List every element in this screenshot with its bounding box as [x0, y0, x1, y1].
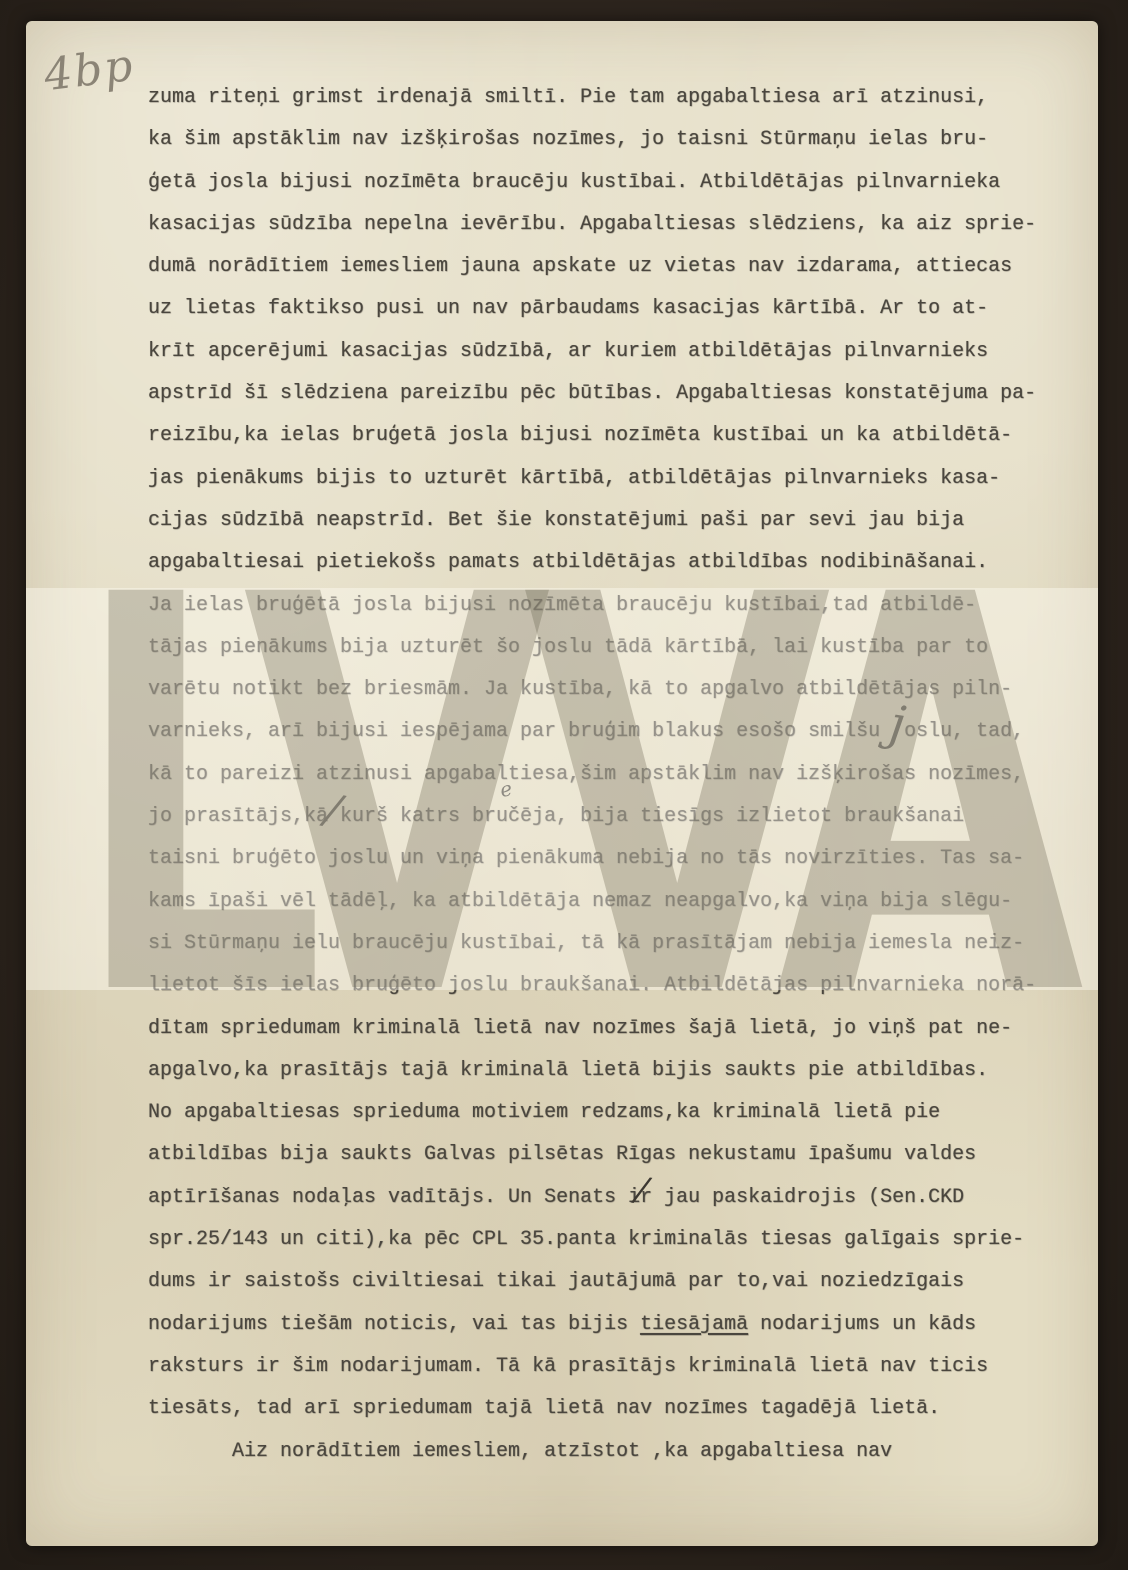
text-line: apstrīd šī slēdziena pareizību pēc būtīb… [148, 373, 1058, 415]
text-line: reizību,ka ielas bruģetā josla bijusi no… [148, 415, 1058, 457]
text-line: krīt apcerējumi kasacijas sūdzībā, ar ku… [148, 331, 1058, 373]
text-line: Aiz norādītiem iemesliem, atzīstot ,ka a… [148, 1431, 1058, 1473]
text-line: Ja ielas bruģētā josla bijusi nozīmēta b… [148, 585, 1058, 627]
document-page: 4bp zuma riteņi grimst irdenajā smiltī. … [26, 21, 1098, 1546]
text-line: ģetā josla bijusi nozīmēta braucēju kust… [148, 162, 1058, 204]
text-line: cijas sūdzībā neapstrīd. Bet šie konstat… [148, 500, 1058, 542]
text-line: aptīrīšanas nodaļas vadītājs. Un Senats … [148, 1177, 1058, 1219]
text-line: uz lietas faktikso pusi un nav pārbaudam… [148, 288, 1058, 330]
text-line: No apgabaltiesas sprieduma motiviem redz… [148, 1092, 1058, 1134]
scan-background: 4bp zuma riteņi grimst irdenajā smiltī. … [0, 0, 1128, 1570]
text-line: taisni bruģēto joslu un viņa pienākuma n… [148, 838, 1058, 880]
text-line: kams īpaši vēl tādēļ, ka atbildētāja nem… [148, 881, 1058, 923]
text-line: dums ir saistošs civiltiesai tikai jautā… [148, 1261, 1058, 1303]
text-line: tiesāts, tad arī spriedumam tajā lietā n… [148, 1388, 1058, 1430]
text-line: dītam spriedumam kriminalā lietā nav noz… [148, 1008, 1058, 1050]
text-line: zuma riteņi grimst irdenajā smiltī. Pie … [148, 77, 1058, 119]
text-line: lietot šīs ielas bruģēto joslu braukšana… [148, 965, 1058, 1007]
text-line: tājas pienākums bija uzturēt šo joslu tā… [148, 627, 1058, 669]
underlined-word: tiesājamā [640, 1313, 748, 1336]
text-line: apgalvo,ka prasītājs tajā kriminalā liet… [148, 1050, 1058, 1092]
text-line: nodarijums tiešām noticis, vai tas bijis… [148, 1304, 1058, 1346]
text-line: jas pienākums bijis to uzturēt kārtībā, … [148, 458, 1058, 500]
text-line: dumā norādītiem iemesliem jauna apskate … [148, 246, 1058, 288]
document-text: zuma riteņi grimst irdenajā smiltī. Pie … [148, 77, 1058, 1473]
text-line: apgabaltiesai pietiekošs pamats atbildēt… [148, 542, 1058, 584]
text-line: kā to pareizi atzinusi apgabaltiesa,šim … [148, 754, 1058, 796]
text-line: varnieks, arī bijusi iespējama par bruģi… [148, 711, 1058, 753]
text-line: si Stūrmaņu ielu braucēju kustībai, tā k… [148, 923, 1058, 965]
text-line: spr.25/143 un citi),ka pēc CPL 35.panta … [148, 1219, 1058, 1261]
text-line: raksturs ir šim nodarijumam. Tā kā prasī… [148, 1346, 1058, 1388]
text-line: ka šim apstāklim nav izšķirošas nozīmes,… [148, 119, 1058, 161]
handwritten-page-number: 4bp [41, 40, 137, 102]
text-line: kasacijas sūdzība nepelna ievērību. Apga… [148, 204, 1058, 246]
text-line: atbildības bija saukts Galvas pilsētas R… [148, 1134, 1058, 1176]
text-line: jo prasītājs,kā kurš katrs bručēja, bija… [148, 796, 1058, 838]
text-line: varētu notikt bez briesmām. Ja kustība, … [148, 669, 1058, 711]
